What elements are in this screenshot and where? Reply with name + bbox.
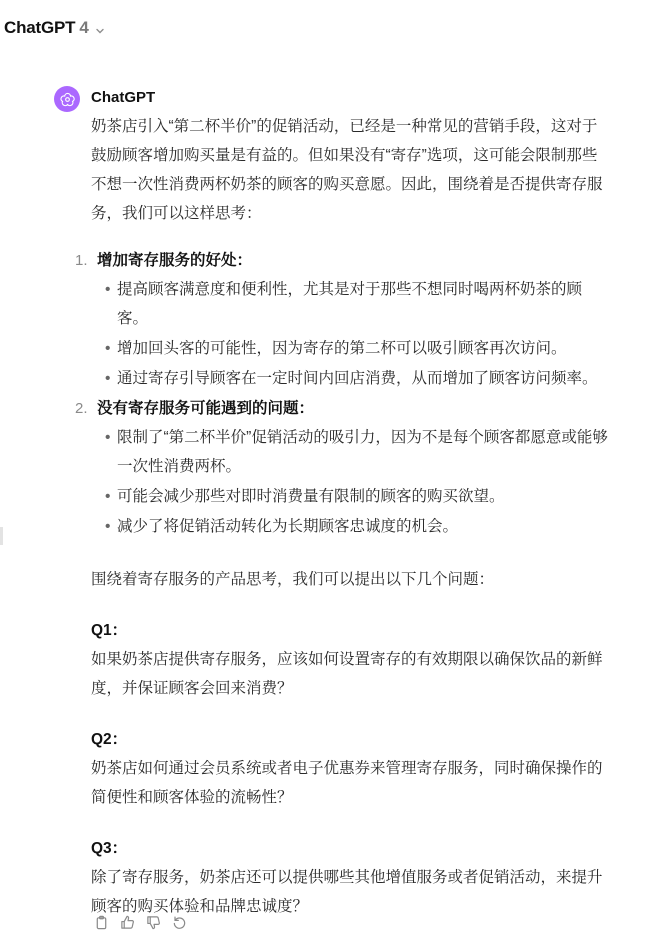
list-item: 2. 没有寄存服务可能遇到的问题： •限制了“第二杯半价”促销活动的吸引力，因为… <box>91 394 611 541</box>
bullet-list: •限制了“第二杯半价”促销活动的吸引力，因为不是每个顾客都愿意或能够一次性消费两… <box>97 423 611 541</box>
bullet-icon: • <box>105 482 110 511</box>
numbered-list: 1. 增加寄存服务的好处： •提高顾客满意度和便利性，尤其是对于那些不想同时喝两… <box>91 246 611 541</box>
bullet-icon: • <box>105 364 110 393</box>
bullet-item: •限制了“第二杯半价”促销活动的吸引力，因为不是每个顾客都愿意或能够一次性消费两… <box>117 423 611 481</box>
question-label: Q2： <box>91 725 611 754</box>
regenerate-button[interactable] <box>169 912 189 932</box>
bullet-item: •增加回头客的可能性，因为寄存的第二杯可以吸引顾客再次访问。 <box>117 334 611 363</box>
bullet-item: •减少了将促销活动转化为长期顾客忠诚度的机会。 <box>117 512 611 541</box>
question-label: Q3： <box>91 834 611 863</box>
message-content: 奶茶店引入“第二杯半价”的促销活动，已经是一种常见的营销手段，这对于鼓励顾客增加… <box>91 112 611 921</box>
message-author: ChatGPT <box>91 89 155 106</box>
thumbs-up-icon <box>120 915 135 930</box>
bullet-item: •可能会减少那些对即时消费量有限制的顾客的购买欲望。 <box>117 482 611 511</box>
openai-logo-icon <box>54 86 80 112</box>
bullet-icon: • <box>105 423 110 452</box>
intro-paragraph: 奶茶店引入“第二杯半价”的促销活动，已经是一种常见的营销手段，这对于鼓励顾客增加… <box>91 112 611 228</box>
bullet-item: •提高顾客满意度和便利性，尤其是对于那些不想同时喝两杯奶茶的顾客。 <box>117 275 611 333</box>
bullet-icon: • <box>105 334 110 363</box>
message-actions <box>91 912 189 932</box>
list-number: 2. <box>75 394 88 423</box>
model-selector[interactable]: ChatGPT 4 <box>4 14 105 42</box>
scrollbar[interactable] <box>0 527 3 545</box>
clipboard-icon <box>94 915 109 930</box>
question-text: 如果奶茶店提供寄存服务，应该如何设置寄存的有效期限以确保饮品的新鲜度，并保证顾客… <box>91 645 611 703</box>
section-heading: 增加寄存服务的好处： <box>97 252 252 269</box>
bullet-icon: • <box>105 512 110 541</box>
thumbs-down-icon <box>146 915 161 930</box>
bullet-item: •通过寄存引导顾客在一定时间内回店消费，从而增加了顾客访问频率。 <box>117 364 611 393</box>
thumbs-up-button[interactable] <box>117 912 137 932</box>
model-name: ChatGPT <box>4 18 75 38</box>
thumbs-down-button[interactable] <box>143 912 163 932</box>
chevron-down-icon <box>95 23 105 33</box>
copy-button[interactable] <box>91 912 111 932</box>
transition-paragraph: 围绕着寄存服务的产品思考，我们可以提出以下几个问题： <box>91 565 611 594</box>
regenerate-icon <box>172 915 187 930</box>
question-label: Q1： <box>91 616 611 645</box>
bullet-list: •提高顾客满意度和便利性，尤其是对于那些不想同时喝两杯奶茶的顾客。 •增加回头客… <box>97 275 611 393</box>
section-heading: 没有寄存服务可能遇到的问题： <box>97 400 314 417</box>
list-number: 1. <box>75 246 88 275</box>
model-version: 4 <box>79 18 88 38</box>
question-text: 奶茶店如何通过会员系统或者电子优惠券来管理寄存服务，同时确保操作的简便性和顾客体… <box>91 754 611 812</box>
list-item: 1. 增加寄存服务的好处： •提高顾客满意度和便利性，尤其是对于那些不想同时喝两… <box>91 246 611 393</box>
bullet-icon: • <box>105 275 110 304</box>
